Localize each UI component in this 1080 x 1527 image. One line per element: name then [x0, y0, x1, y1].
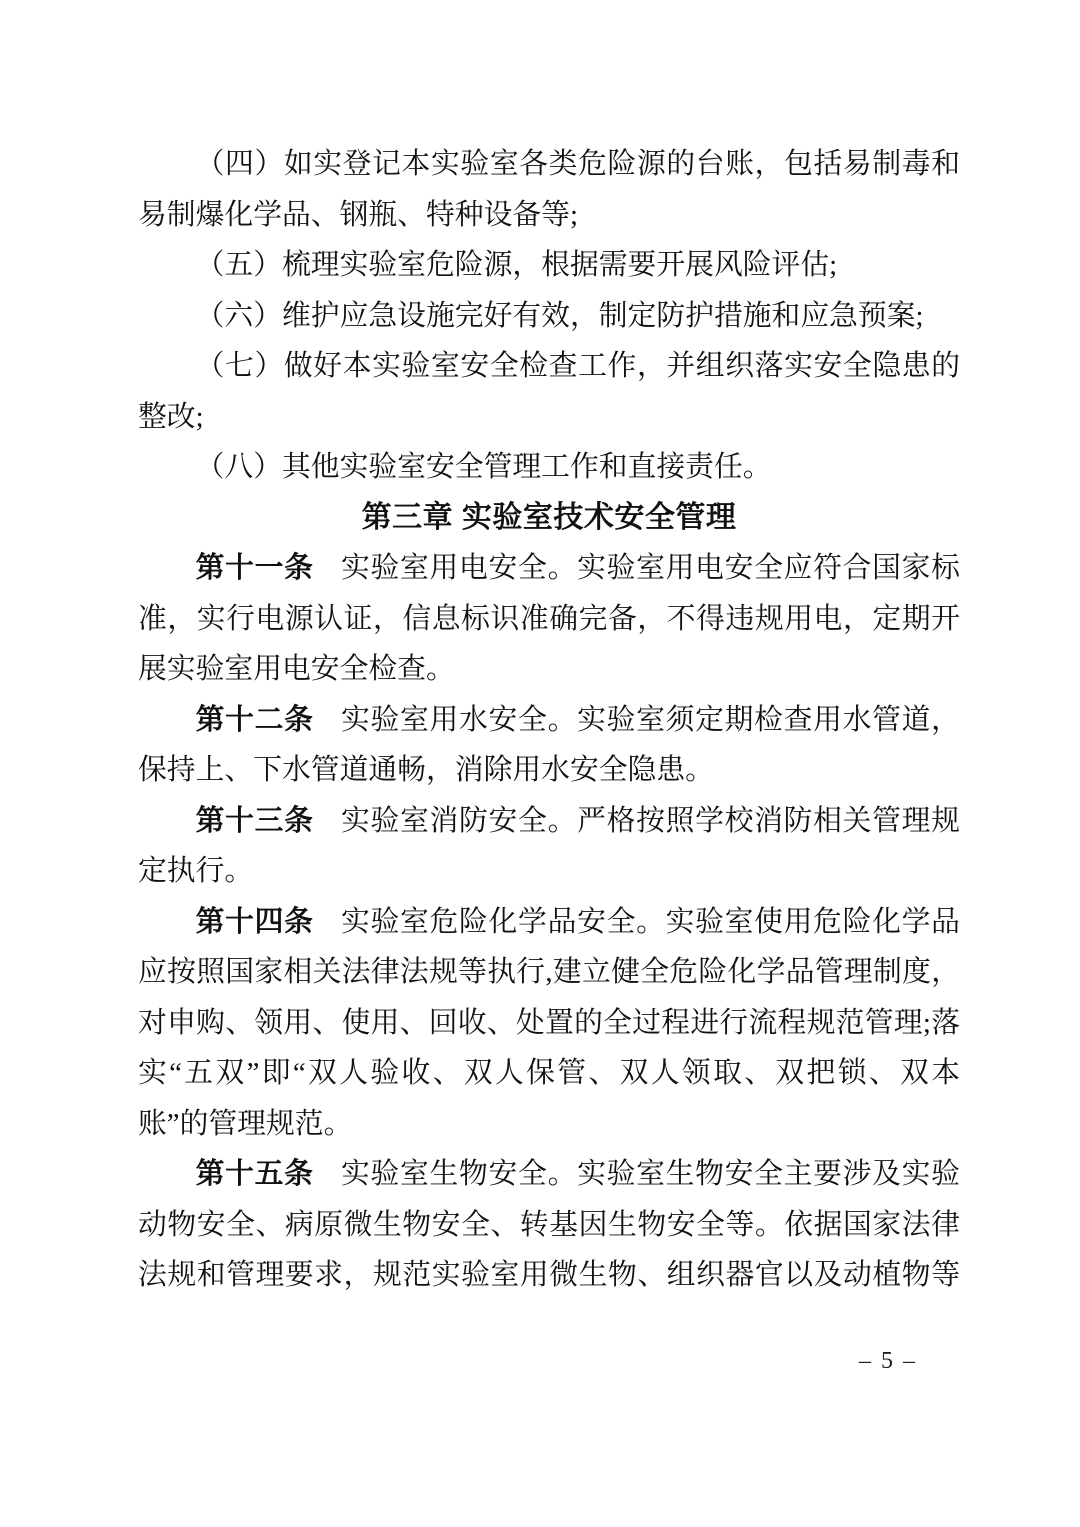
article-paragraph: 第十五条实验室生物安全。实验室生物安全主要涉及实验动物安全、病原微生物安全、转基…	[138, 1149, 960, 1301]
article-paragraph: 第十四条实验室危险化学品安全。实验室使用危险化学品应按照国家相关法律法规等执行,…	[138, 897, 960, 1150]
clause-paragraph: （五）梳理实验室危险源，根据需要开展风险评估;	[138, 240, 960, 291]
article-text: 实验室危险化学品安全。实验室使用危险化学品应按照国家相关法律法规等执行,建立健全…	[138, 906, 960, 1140]
article-number: 第十一条	[196, 552, 314, 584]
clause-paragraph: （四）如实登记本实验室各类危险源的台账，包括易制毒和易制爆化学品、钢瓶、特种设备…	[138, 139, 960, 240]
article-number: 第十二条	[196, 704, 314, 736]
article-paragraph: 第十二条实验室用水安全。实验室须定期检查用水管道，保持上、下水管道通畅，消除用水…	[138, 695, 960, 796]
chapter-heading: 第三章 实验室技术安全管理	[138, 493, 960, 544]
document-body: （四）如实登记本实验室各类危险源的台账，包括易制毒和易制爆化学品、钢瓶、特种设备…	[138, 139, 960, 1301]
article-paragraph: 第十三条实验室消防安全。严格按照学校消防相关管理规定执行。	[138, 796, 960, 897]
clause-paragraph: （七）做好本实验室安全检查工作，并组织落实安全隐患的整改;	[138, 341, 960, 442]
article-number: 第十四条	[196, 906, 314, 938]
article-paragraph: 第十一条实验室用电安全。实验室用电安全应符合国家标准，实行电源认证，信息标识准确…	[138, 543, 960, 695]
clause-paragraph: （六）维护应急设施完好有效，制定防护措施和应急预案;	[138, 291, 960, 342]
document-page: （四）如实登记本实验室各类危险源的台账，包括易制毒和易制爆化学品、钢瓶、特种设备…	[0, 0, 1080, 1527]
page-number: – 5 –	[859, 1346, 917, 1376]
clause-paragraph: （八）其他实验室安全管理工作和直接责任。	[138, 442, 960, 493]
article-number: 第十五条	[196, 1158, 314, 1190]
article-number: 第十三条	[196, 805, 314, 837]
